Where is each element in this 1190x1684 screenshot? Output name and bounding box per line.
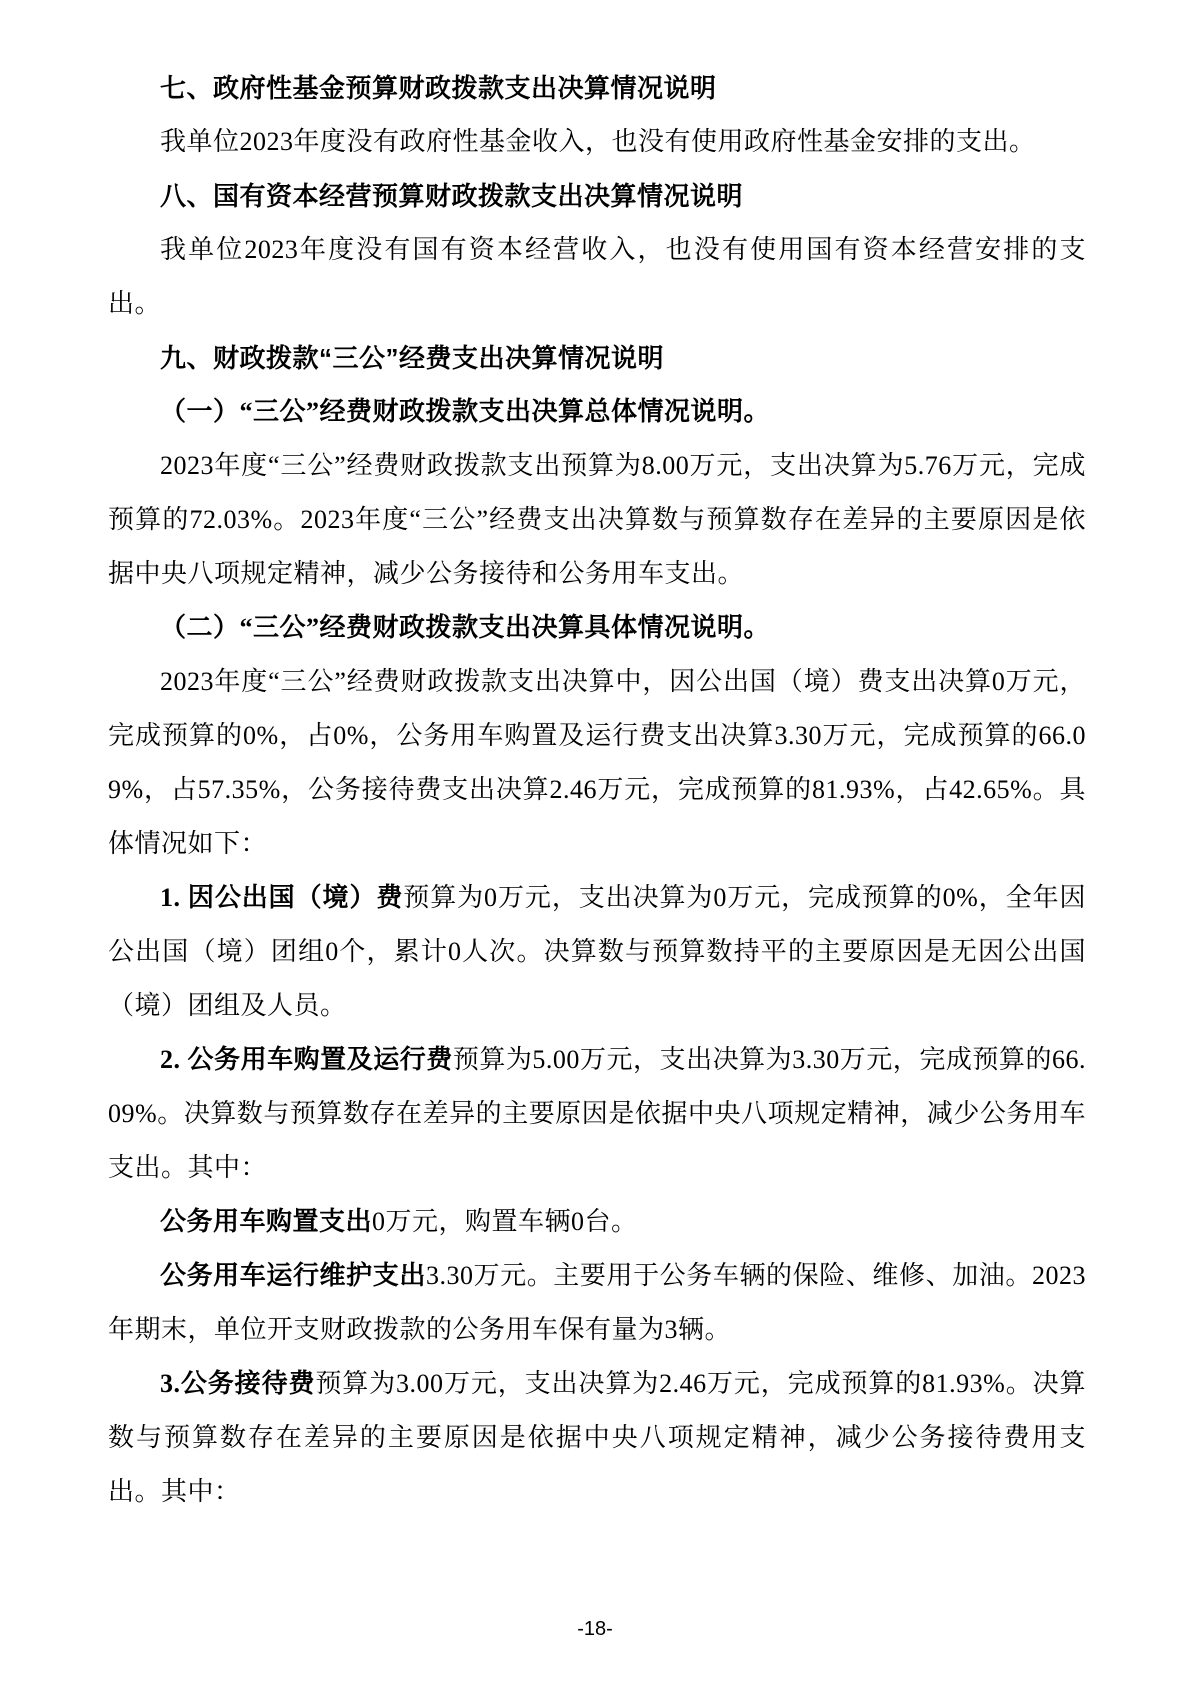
emphasis-text: （二）“三公”经费财政拨款支出决算具体情况说明。 <box>160 613 770 642</box>
emphasis-text: 2. 公务用车购置及运行费 <box>160 1045 453 1074</box>
emphasis-text: 七、政府性基金预算财政拨款支出决算情况说明 <box>160 73 717 103</box>
emphasis-text: （一）“三公”经费财政拨款支出决算总体情况说明。 <box>160 397 770 426</box>
paragraph: 我单位2023年度没有政府性基金收入，也没有使用政府性基金安排的支出。 <box>108 115 1086 169</box>
paragraph: 1. 因公出国（境）费预算为0万元，支出决算为0万元，完成预算的0%，全年因公出… <box>108 871 1086 1033</box>
section-heading: 七、政府性基金预算财政拨款支出决算情况说明 <box>108 61 1086 115</box>
emphasis-text: 公务用车购置支出 <box>160 1207 372 1236</box>
paragraph: 3.公务接待费预算为3.00万元，支出决算为2.46万元，完成预算的81.93%… <box>108 1357 1086 1519</box>
section-heading: 九、财政拨款“三公”经费支出决算情况说明 <box>108 331 1086 385</box>
paragraph: 公务用车购置支出0万元，购置车辆0台。 <box>108 1195 1086 1249</box>
section-heading: 八、国有资本经营预算财政拨款支出决算情况说明 <box>108 169 1086 223</box>
paragraph: 我单位2023年度没有国有资本经营收入，也没有使用国有资本经营安排的支出。 <box>108 223 1086 331</box>
paragraph: 公务用车运行维护支出3.30万元。主要用于公务车辆的保险、维修、加油。2023年… <box>108 1249 1086 1357</box>
paragraph: 2023年度“三公”经费财政拨款支出预算为8.00万元，支出决算为5.76万元，… <box>108 439 1086 601</box>
emphasis-text: 3.公务接待费 <box>160 1369 315 1398</box>
emphasis-text: 九、财政拨款“三公”经费支出决算情况说明 <box>160 343 664 373</box>
section-heading: （二）“三公”经费财政拨款支出决算具体情况说明。 <box>108 601 1086 655</box>
text-run: 0万元，购置车辆0台。 <box>372 1207 638 1236</box>
text-run: 2023年度“三公”经费财政拨款支出预算为8.00万元，支出决算为5.76万元，… <box>108 451 1086 588</box>
emphasis-text: 公务用车运行维护支出 <box>160 1261 426 1290</box>
emphasis-text: 1. 因公出国（境）费 <box>160 883 403 912</box>
text-run: 我单位2023年度没有政府性基金收入，也没有使用政府性基金安排的支出。 <box>160 127 1036 156</box>
paragraph: 2023年度“三公”经费财政拨款支出决算中，因公出国（境）费支出决算0万元，完成… <box>108 655 1086 871</box>
paragraph: 2. 公务用车购置及运行费预算为5.00万元，支出决算为3.30万元，完成预算的… <box>108 1033 1086 1195</box>
page-number: -18- <box>0 1618 1190 1641</box>
text-run: 2023年度“三公”经费财政拨款支出决算中，因公出国（境）费支出决算0万元，完成… <box>108 667 1086 858</box>
document-content: 七、政府性基金预算财政拨款支出决算情况说明我单位2023年度没有政府性基金收入，… <box>108 61 1086 1519</box>
section-heading: （一）“三公”经费财政拨款支出决算总体情况说明。 <box>108 385 1086 439</box>
emphasis-text: 八、国有资本经营预算财政拨款支出决算情况说明 <box>160 181 743 211</box>
text-run: 我单位2023年度没有国有资本经营收入，也没有使用国有资本经营安排的支出。 <box>108 235 1086 318</box>
document-page: 七、政府性基金预算财政拨款支出决算情况说明我单位2023年度没有政府性基金收入，… <box>0 0 1190 1684</box>
